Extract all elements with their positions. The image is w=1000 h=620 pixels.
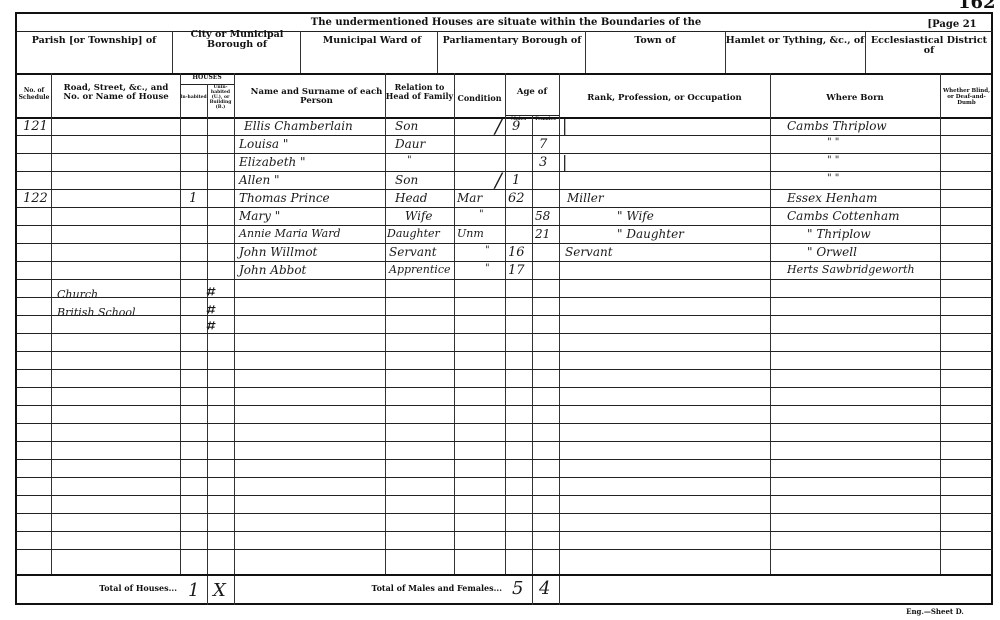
struck-mark: ⌗ — [206, 285, 214, 299]
female-age: 7 — [539, 138, 547, 151]
person-name: Annie Maria Ward — [239, 228, 341, 239]
condition: " — [485, 264, 490, 274]
occupation: Miller — [567, 192, 604, 204]
schedule-number: 121 — [23, 120, 48, 133]
relation: " — [407, 156, 412, 166]
occupation: " Daughter — [617, 228, 684, 240]
header-road: Road, Street, &c., and No. or Name of Ho… — [57, 84, 175, 103]
occupation: Servant — [565, 246, 613, 258]
boundary-town: Town of — [585, 36, 725, 46]
condition: Unm — [457, 228, 484, 239]
person-name: Thomas Prince — [239, 192, 330, 204]
header-name: Name and Surname of each Person — [249, 88, 384, 107]
where-born: " " — [827, 174, 839, 184]
person-name: Louisa " — [239, 138, 288, 150]
total-females: 4 — [539, 580, 550, 598]
page-label: [Page 21 — [917, 19, 987, 30]
header-age: Age of — [505, 88, 559, 97]
male-age: 1 — [512, 174, 520, 187]
condition: " — [479, 210, 484, 220]
total-males: 5 — [512, 580, 523, 598]
total-persons-label: Total of Males and Females... — [317, 584, 502, 593]
relation: Son — [395, 174, 418, 186]
struck-mark: ⌗ — [206, 303, 214, 317]
relation: Wife — [405, 210, 433, 222]
occupation: " Wife — [617, 210, 654, 222]
road-name: British School — [57, 307, 136, 318]
boundary-ecclesiastical: Ecclesiastical District of — [865, 36, 993, 57]
male-age: 62 — [508, 192, 525, 205]
houses-inhabited: 1 — [189, 192, 197, 205]
male-age: 17 — [508, 264, 525, 277]
boundary-hamlet: Hamlet or Tything, &c., of — [725, 36, 865, 46]
occupation: | — [562, 118, 567, 134]
footer-reference: Eng.—Sheet D. — [890, 608, 980, 616]
total-houses-inhabited: 1 — [188, 582, 199, 600]
header-blind: Whether Blind, or Deaf-and-Dumb — [940, 88, 993, 106]
boundary-ward: Municipal Ward of — [302, 36, 442, 46]
occupation: | — [562, 154, 567, 170]
where-born: Essex Henham — [787, 192, 877, 204]
relation: Apprentice — [389, 264, 451, 275]
road-name: Church — [57, 289, 98, 300]
boundary-city: City or Municipal Borough of — [182, 30, 292, 51]
total-houses-label: Total of Houses... — [47, 584, 177, 593]
person-name: Ellis Chamberlain — [244, 120, 353, 132]
header-relation: Relation to Head of Family — [385, 83, 454, 101]
header-schedule: No. of Schedule — [17, 88, 51, 101]
header-condition: Condition — [454, 94, 505, 103]
female-age: 58 — [535, 210, 550, 222]
condition: / — [495, 170, 502, 190]
total-houses-uninhabited: X — [213, 582, 226, 600]
where-born: " Thriplow — [807, 228, 871, 240]
condition: Mar — [457, 192, 482, 204]
relation: Head — [395, 192, 427, 204]
relation: Servant — [389, 246, 437, 258]
struck-mark: ⌗ — [206, 319, 214, 333]
female-age: 3 — [539, 156, 547, 169]
header-houses: HOUSES — [180, 75, 234, 82]
where-born: " " — [827, 156, 839, 166]
female-age: 21 — [535, 228, 550, 240]
person-name: John Abbot — [239, 264, 306, 276]
where-born: " Orwell — [807, 246, 857, 258]
boundary-parish: Parish [or Township] of — [19, 36, 169, 46]
header-occupation: Rank, Profession, or Occupation — [559, 94, 770, 103]
where-born: " " — [827, 138, 839, 148]
where-born: Cambs Cottenham — [787, 210, 900, 222]
census-sheet: The undermentioned Houses are situate wi… — [15, 12, 993, 605]
where-born: Herts Sawbridgeworth — [787, 264, 915, 275]
header-inhabited: In-habited — [180, 96, 207, 101]
relation: Son — [395, 120, 418, 132]
header-where-born: Where Born — [770, 94, 940, 103]
boundary-parliamentary: Parliamentary Borough of — [437, 36, 587, 46]
person-name: Allen " — [239, 174, 280, 186]
person-name: John Willmot — [239, 246, 317, 258]
person-name: Elizabeth " — [239, 156, 306, 168]
male-age: 9 — [512, 120, 520, 133]
condition: / — [495, 116, 502, 136]
relation: Daughter — [387, 228, 440, 239]
male-age: 16 — [508, 246, 525, 259]
person-name: Mary " — [239, 210, 280, 222]
relation: Daur — [395, 138, 425, 150]
header-uninhabited: Unin-habited (U.), or Building (B.) — [207, 86, 234, 111]
condition: " — [485, 246, 490, 256]
banner-text: The undermentioned Houses are situate wi… — [17, 17, 995, 28]
schedule-number: 122 — [23, 192, 48, 205]
where-born: Cambs Thriplow — [787, 120, 887, 132]
